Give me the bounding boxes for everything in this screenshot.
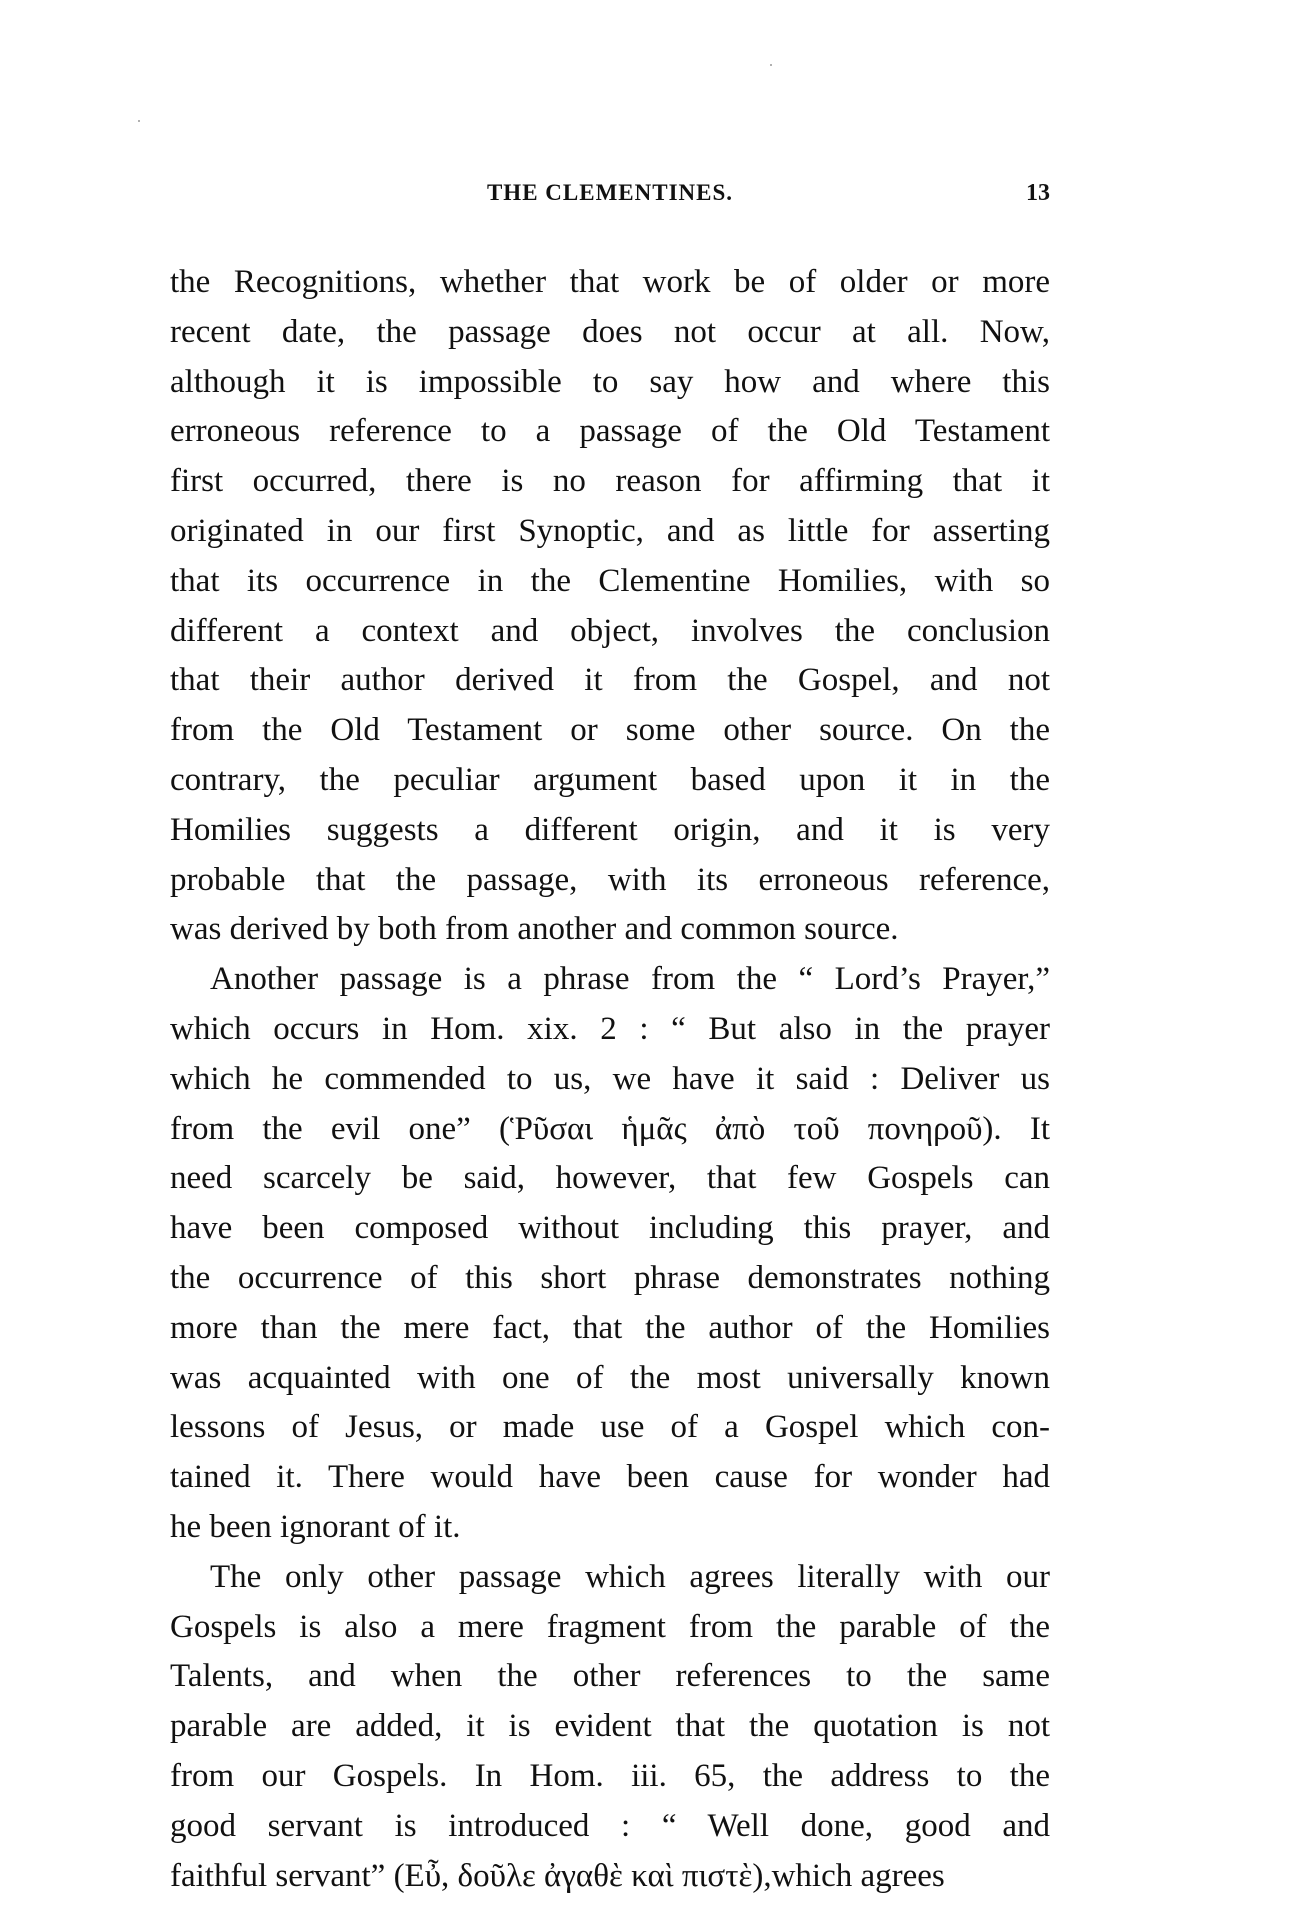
text-line: was derived by both from another and com… [170, 905, 1050, 955]
text-line: from our Gospels. In Hom. iii. 65, the a… [170, 1752, 1050, 1802]
text-line: that their author derived it from the Go… [170, 656, 1050, 706]
text-line: Talents, and when the other references t… [170, 1652, 1050, 1702]
text-line: which he commended to us, we have it sai… [170, 1055, 1050, 1105]
text-line: good servant is introduced : “ Well done… [170, 1802, 1050, 1852]
text-line: different a context and object, involves… [170, 607, 1050, 657]
text-line: that its occurrence in the Clementine Ho… [170, 557, 1050, 607]
scan-speck [138, 120, 140, 122]
page-number: 13 [1026, 180, 1050, 207]
paragraph: The only other passage which agrees lite… [170, 1553, 1050, 1902]
text-line: The only other passage which agrees lite… [170, 1553, 1050, 1603]
text-line: he been ignorant of it. [170, 1503, 1050, 1553]
text-line: from the Old Testament or some other sou… [170, 706, 1050, 756]
paragraph: Another passage is a phrase from the “ L… [170, 955, 1050, 1553]
text-line: faithful servant” (Εὖ, δοῦλε ἀγαθὲ καὶ π… [170, 1852, 1050, 1902]
text-line: first occurred, there is no reason for a… [170, 457, 1050, 507]
text-line: although it is impossible to say how and… [170, 358, 1050, 408]
scan-speck [770, 64, 772, 66]
text-line: from the evil one” (Ῥῦσαι ἡμᾶς ἀπὸ τοῦ π… [170, 1105, 1050, 1155]
text-line: more than the mere fact, that the author… [170, 1304, 1050, 1354]
text-line: erroneous reference to a passage of the … [170, 407, 1050, 457]
text-line: originated in our first Synoptic, and as… [170, 507, 1050, 557]
text-line: have been composed without including thi… [170, 1204, 1050, 1254]
text-line: the occurrence of this short phrase demo… [170, 1254, 1050, 1304]
text-line: which occurs in Hom. xix. 2 : “ But also… [170, 1005, 1050, 1055]
text-line: parable are added, it is evident that th… [170, 1702, 1050, 1752]
text-line: Gospels is also a mere fragment from the… [170, 1603, 1050, 1653]
text-line: contrary, the peculiar argument based up… [170, 756, 1050, 806]
text-line: recent date, the passage does not occur … [170, 308, 1050, 358]
text-line: was acquainted with one of the most univ… [170, 1354, 1050, 1404]
body-text: the Recognitions, whether that work be o… [170, 258, 1050, 1901]
text-line: tained it. There would have been cause f… [170, 1453, 1050, 1503]
text-line: Another passage is a phrase from the “ L… [170, 955, 1050, 1005]
text-line: lessons of Jesus, or made use of a Gospe… [170, 1403, 1050, 1453]
paragraph: the Recognitions, whether that work be o… [170, 258, 1050, 955]
text-line: Homilies suggests a different origin, an… [170, 806, 1050, 856]
text-line: the Recognitions, whether that work be o… [170, 258, 1050, 308]
text-line: probable that the passage, with its erro… [170, 856, 1050, 906]
book-page: THE CLEMENTINES. 13 the Recognitions, wh… [0, 0, 1292, 1925]
text-line: need scarcely be said, however, that few… [170, 1154, 1050, 1204]
running-title: THE CLEMENTINES. [170, 180, 1050, 206]
running-head: THE CLEMENTINES. 13 [170, 180, 1050, 220]
